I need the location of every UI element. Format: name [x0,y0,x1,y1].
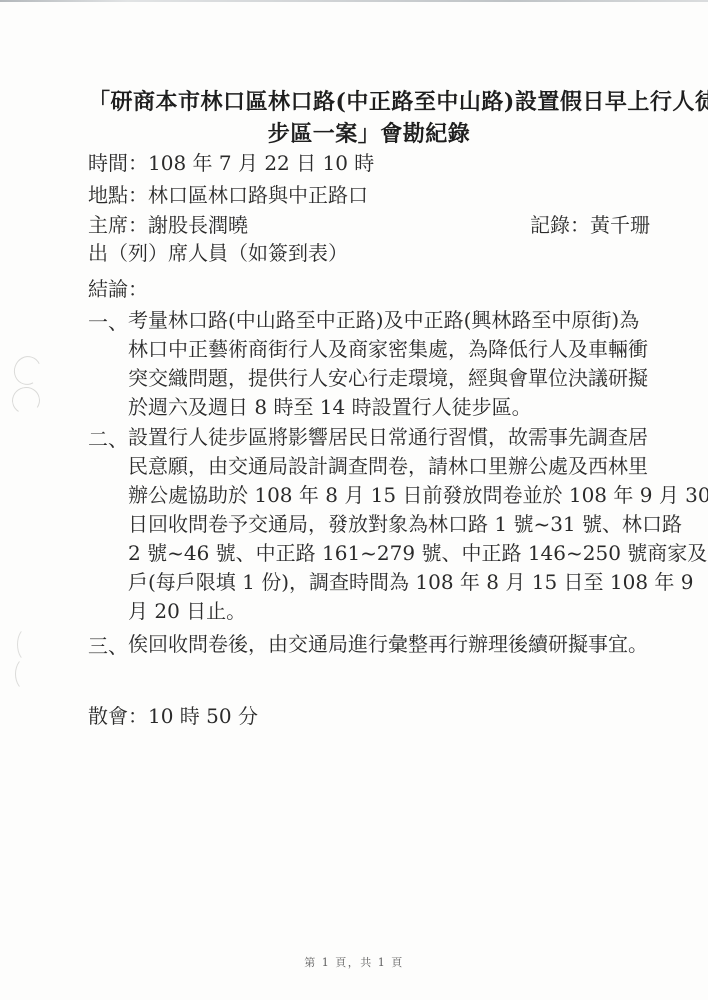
meeting-chair-label: 主席：謝股長潤曉 [88,213,248,237]
item-text-line: 突交織問題，提供行人安心行走環境，經與會單位決議研擬 [128,364,654,393]
scanned-document-page: 「研商本市林口區林口路(中正路至中山路)設置假日早上行人徒 步區一案」會勘紀錄 … [0,0,708,1000]
page-number-footer: 第 1 頁，共 1 頁 [0,954,708,970]
item-marker: 二、 [88,423,128,452]
item-text-line: 民意願，由交通局設計調查問卷，請林口里辦公處及西林里 [128,452,654,481]
chair-and-recorder-row: 主席：謝股長潤曉 記錄：黃千珊 [88,213,650,237]
conclusion-item-1: 一、 考量林口路(中山路至中正路)及中正路(興林路至中原街)為 林口中正藝術商街… [88,306,654,422]
conclusion-item-2: 二、 設置行人徒步區將影響居民日常通行習慣，故需事先調查居 民意願，由交通局設計… [88,423,654,626]
item-text-line: 2 號~46 號、中正路 161~279 號、中正路 146~250 號商家及住 [128,539,654,568]
item-text-line: 日回收問卷予交通局，發放對象為林口路 1 號~31 號、林口路 [128,510,654,539]
conclusion-item-3: 三、 俟回收問卷後，由交通局進行彙整再行辦理後續研擬事宜。 [88,630,654,659]
adjournment-line: 散會：10 時 50 分 [88,700,258,729]
item-text-line: 考量林口路(中山路至中正路)及中正路(興林路至中原街)為 [128,306,654,335]
item-text-line: 月 20 日止。 [128,597,654,626]
punch-hole-mark [15,657,39,691]
document-title-line-1: 「研商本市林口區林口路(中正路至中山路)設置假日早上行人徒 [88,85,650,116]
scan-edge-artifact [0,0,708,2]
punch-hole-mark [9,384,42,416]
attendees-line: 出（列）席人員（如簽到表） [88,241,650,265]
item-text-line: 辦公處協助於 108 年 8 月 15 日前發放問卷並於 108 年 9 月 3… [128,481,654,510]
punch-hole-mark [10,353,45,389]
meeting-time-line: 時間：108 年 7 月 22 日 10 時 [88,151,650,175]
meeting-location-line: 地點：林口區林口路與中正路口 [88,183,650,207]
item-text-line: 林口中正藝術商街行人及商家密集處，為降低行人及車輛衝 [128,335,654,364]
meeting-recorder-label: 記錄：黃千珊 [530,213,650,237]
conclusion-heading: 結論： [88,277,650,301]
item-text-line: 設置行人徒步區將影響居民日常通行習慣，故需事先調查居 [128,423,654,452]
item-text-line: 戶(每戶限填 1 份)，調查時間為 108 年 8 月 15 日至 108 年 … [128,568,654,597]
item-text-line: 於週六及週日 8 時至 14 時設置行人徒步區。 [128,393,654,422]
item-marker: 三、 [88,630,128,659]
document-title-line-2: 步區一案」會勘紀錄 [88,117,650,148]
item-marker: 一、 [88,306,128,335]
item-text-line: 俟回收問卷後，由交通局進行彙整再行辦理後續研擬事宜。 [128,630,654,659]
